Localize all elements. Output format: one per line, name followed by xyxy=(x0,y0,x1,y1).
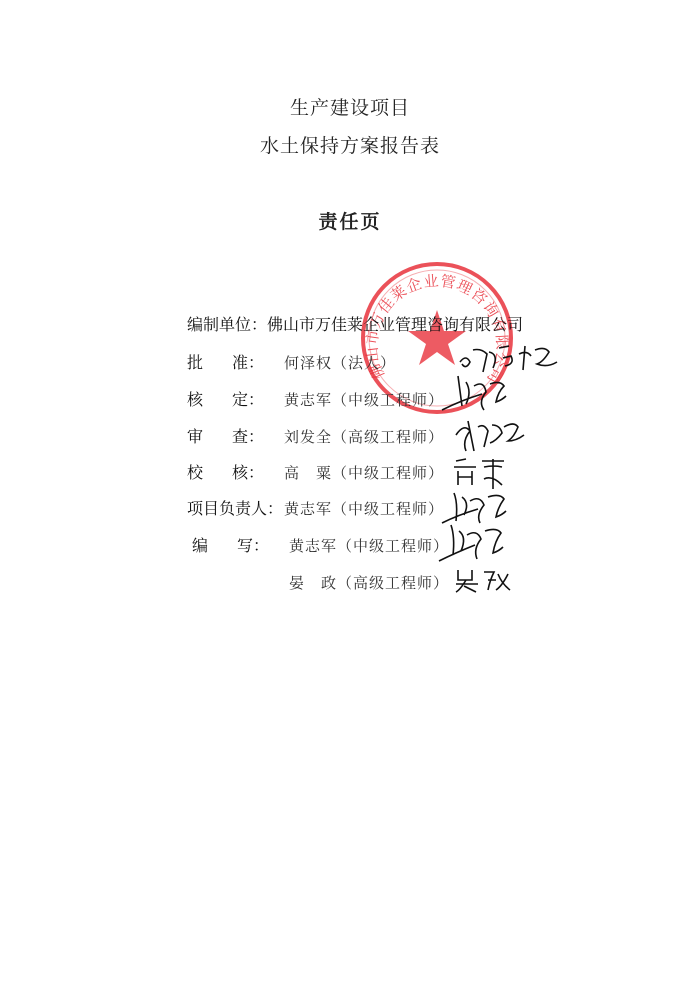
signature-writer-icon xyxy=(437,521,512,569)
label-char: 核： xyxy=(232,462,284,484)
writer-name: 黄志军（中级工程师） xyxy=(289,537,449,555)
label-char: 审 xyxy=(187,426,232,448)
signature-reviewer-icon xyxy=(454,415,534,455)
project-lead-row: 项目负责人：黄志军（中级工程师） xyxy=(187,498,444,520)
project-lead-name: 黄志军（中级工程师） xyxy=(284,500,444,518)
label-char: 校 xyxy=(187,462,232,484)
reviewer-row: 审查：刘发全（高级工程师） xyxy=(187,426,444,448)
label-char: 写： xyxy=(237,535,289,557)
approver-name: 何泽权（法人） xyxy=(284,354,396,372)
writer2-row: 晏 政（高级工程师） xyxy=(289,572,449,594)
reviewer-name: 刘发全（高级工程师） xyxy=(284,428,444,446)
verifier-name: 黄志军（中级工程师） xyxy=(284,391,444,409)
approver-row: 批准：何泽权（法人） xyxy=(187,352,396,374)
verifier-row: 核定：黄志军（中级工程师） xyxy=(187,389,444,411)
org-row: 编制单位：佛山市万佳莱企业管理咨询有限公司 xyxy=(187,314,523,336)
checker-name: 高 粟（中级工程师） xyxy=(284,464,444,482)
signature-writer2-icon xyxy=(452,566,512,596)
label-char: 核 xyxy=(187,389,232,411)
doc-title-line1: 生产建设项目 xyxy=(0,93,700,120)
label-project-lead: 项目负责人： xyxy=(187,498,284,520)
org-name: 佛山市万佳莱企业管理咨询有限公司 xyxy=(267,315,523,334)
doc-title-line2: 水土保持方案报告表 xyxy=(0,131,700,158)
signature-verifier-icon xyxy=(440,372,520,417)
page-title: 责任页 xyxy=(0,207,700,234)
writer2-name: 晏 政（高级工程师） xyxy=(289,574,449,592)
label-char: 定： xyxy=(232,389,284,411)
label-char: 准： xyxy=(232,352,284,374)
label-char: 批 xyxy=(187,352,232,374)
label-char: 查： xyxy=(232,426,284,448)
writer-row: 编写：黄志军（中级工程师） xyxy=(192,535,449,557)
checker-row: 校核：高 粟（中级工程师） xyxy=(187,462,444,484)
label-char: 编 xyxy=(192,535,237,557)
org-label: 编制单位： xyxy=(187,314,267,336)
